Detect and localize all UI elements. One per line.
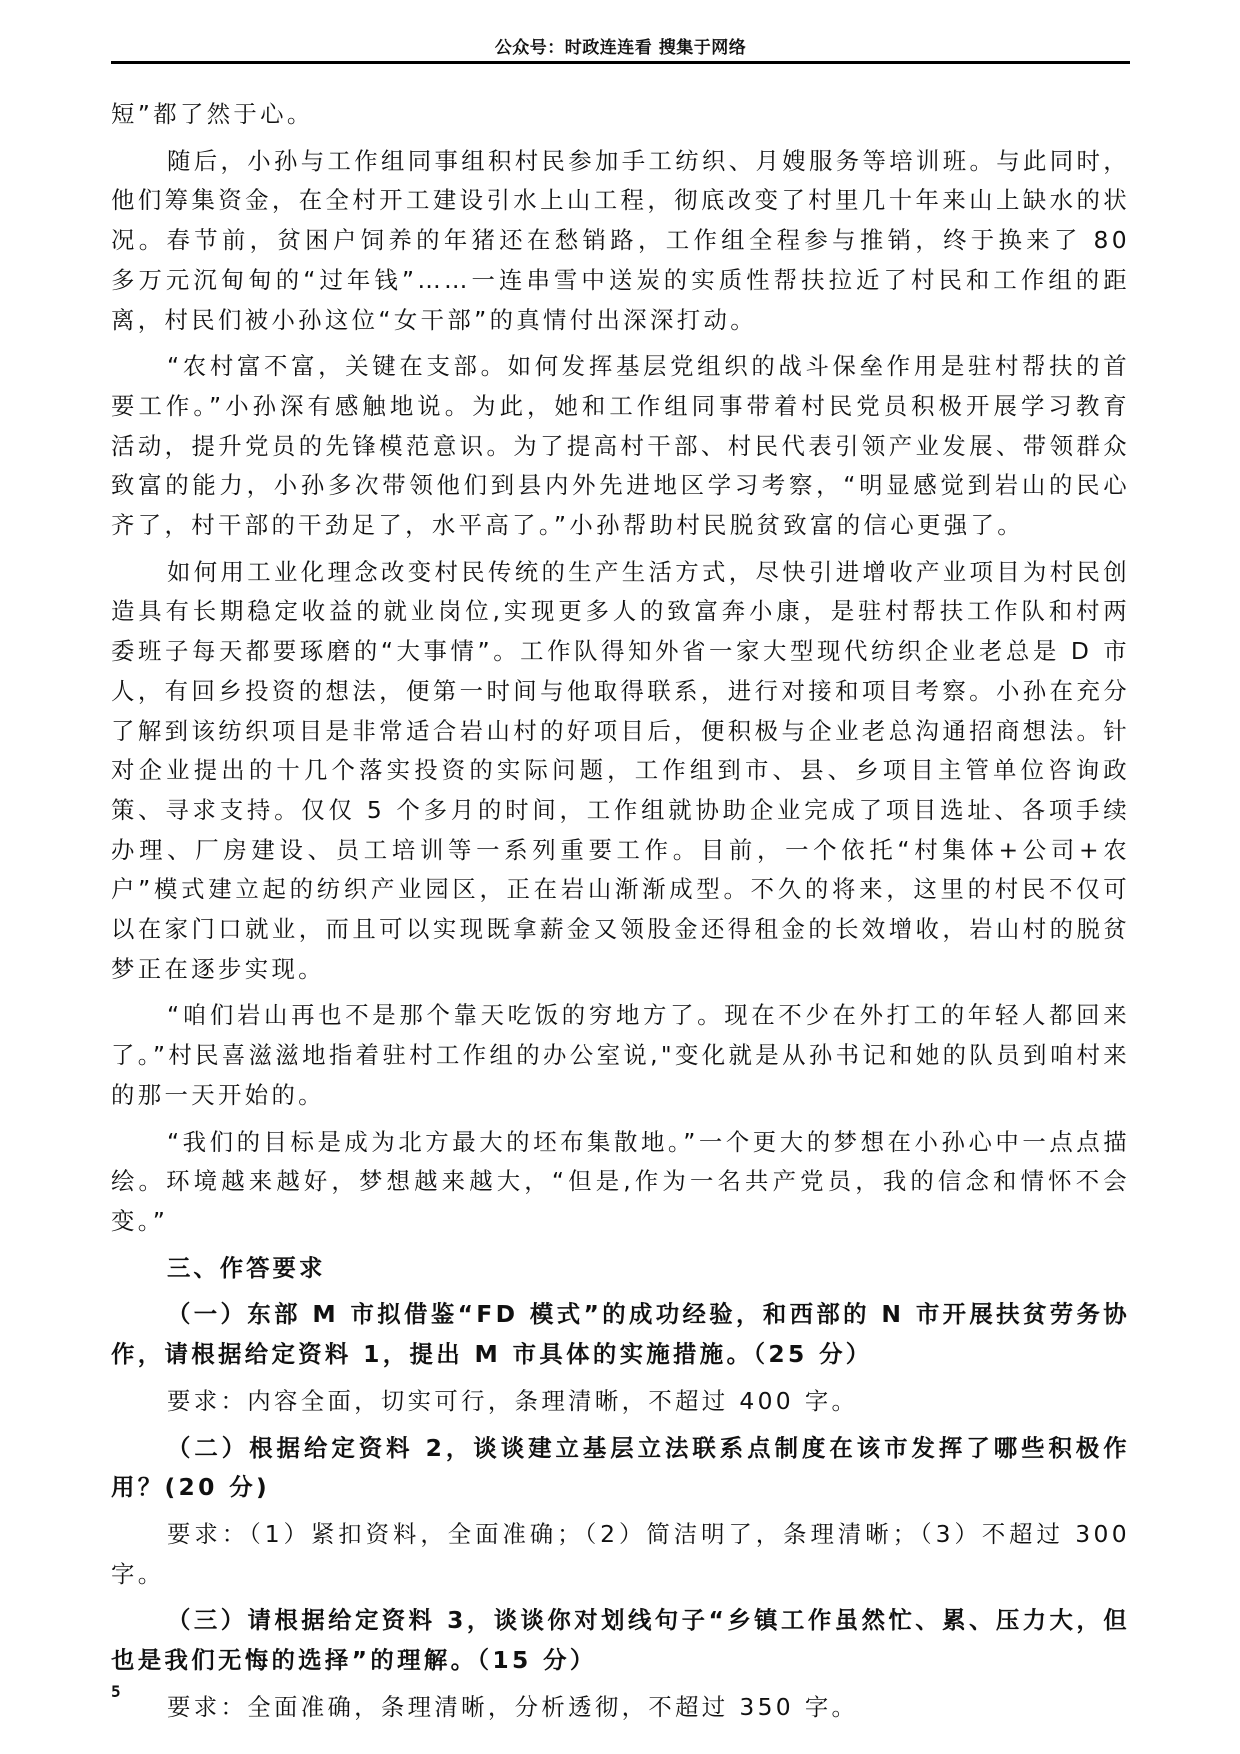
document-body: 短”都了然于心。 随后，小孙与工作组同事组积村民参加手工纺织、月嫂服务等培训班。… [111,95,1130,1734]
body-paragraph: “我们的目标是成为北方最大的坯布集散地。”一个更大的梦想在小孙心中一点点描绘。环… [111,1123,1130,1242]
page-number: 5 [111,1682,121,1701]
page-header-title: 公众号：时政连连看 搜集于网络 [111,34,1130,62]
header-divider [111,61,1130,64]
question-prompt-1: （一）东部 M 市拟借鉴“FD 模式”的成功经验，和西部的 N 市开展扶贫劳务协… [111,1295,1130,1374]
question-prompt-2: （二）根据给定资料 2，谈谈建立基层立法联系点制度在该市发挥了哪些积极作用？(2… [111,1429,1130,1508]
body-paragraph: 短”都了然于心。 [111,95,1130,135]
body-paragraph: 随后，小孙与工作组同事组积村民参加手工纺织、月嫂服务等培训班。与此同时，他们筹集… [111,142,1130,341]
body-paragraph: “农村富不富，关键在支部。如何发挥基层党组织的战斗保垒作用是驻村帮扶的首要工作。… [111,347,1130,546]
body-paragraph: 如何用工业化理念改变村民传统的生产生活方式，尽快引进增收产业项目为村民创造具有长… [111,553,1130,990]
question-requirement-2: 要求：（1）紧扣资料，全面准确；（2）简洁明了，条理清晰；（3）不超过 300 … [111,1515,1130,1594]
section-heading-answer-requirements: 三、作答要求 [111,1249,1130,1289]
question-requirement-3: 要求：全面准确，条理清晰，分析透彻，不超过 350 字。 [111,1688,1130,1728]
body-paragraph: “咱们岩山再也不是那个靠天吃饭的穷地方了。现在不少在外打工的年轻人都回来了。”村… [111,996,1130,1115]
question-requirement-1: 要求：内容全面，切实可行，条理清晰，不超过 400 字。 [111,1382,1130,1422]
question-prompt-3: （三）请根据给定资料 3，谈谈你对划线句子“乡镇工作虽然忙、累、压力大，但也是我… [111,1601,1130,1680]
